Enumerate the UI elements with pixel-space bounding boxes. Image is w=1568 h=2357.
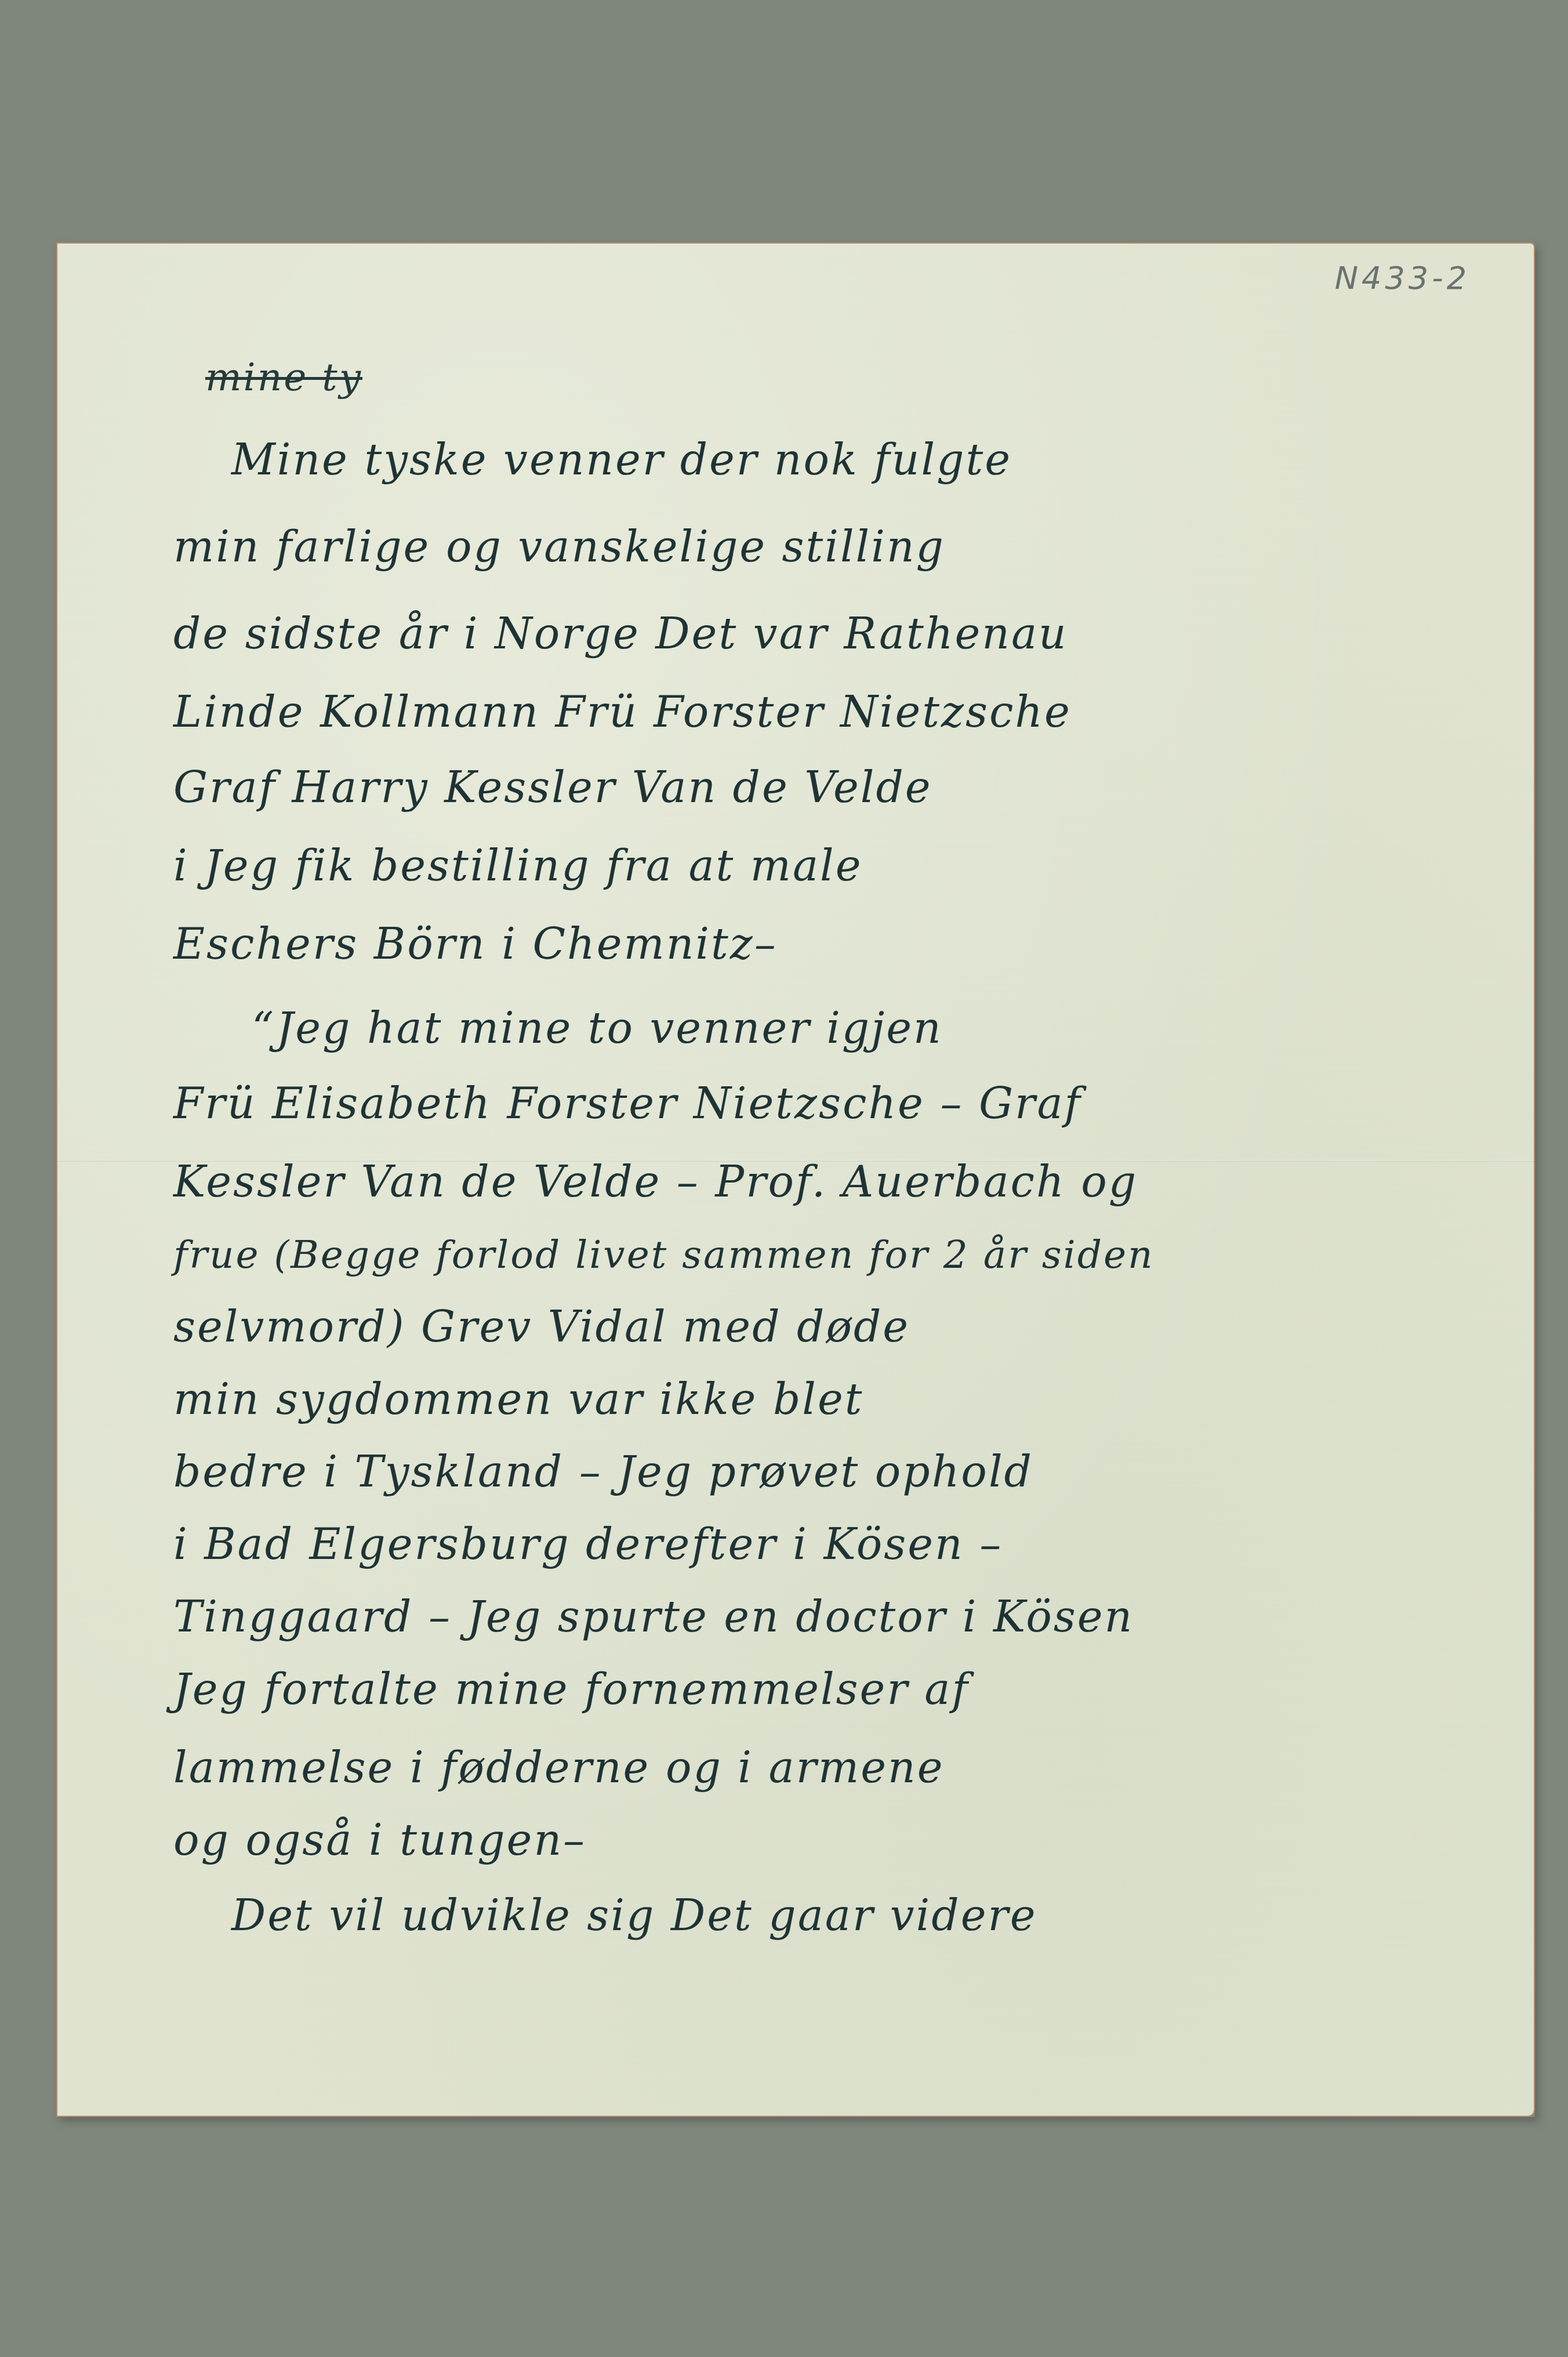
text-line-12: selvmord) Grev Vidal med døde <box>173 1302 910 1352</box>
text-line-11: frue (Begge forlod livet sammen for 2 år… <box>173 1232 1154 1277</box>
text-line-19: og også i tungen– <box>173 1815 586 1865</box>
letter-page: N433-2 mine ty Mine tyske venner der nok… <box>56 242 1535 2117</box>
text-line-15: i Bad Elgersburg derefter i Kösen – <box>173 1520 1003 1569</box>
archive-id-label: N433-2 <box>1335 260 1470 296</box>
text-line-10: Kessler Van de Velde – Prof. Auerbach og <box>173 1157 1138 1207</box>
text-line-6: i Jeg fik bestilling fra at male <box>173 841 863 891</box>
struck-out-text: mine ty <box>205 355 362 400</box>
text-line-2: min farlige og vanskelige stilling <box>173 522 945 572</box>
text-line-8: “Jeg hat mine to venner igjen <box>252 1003 943 1053</box>
text-line-16: Tinggaard – Jeg spurte en doctor i Kösen <box>173 1592 1134 1642</box>
text-line-14: bedre i Tyskland – Jeg prøvet ophold <box>173 1447 1033 1497</box>
text-line-1: Mine tyske venner der nok fulgte <box>231 435 1012 485</box>
text-line-9: Frü Elisabeth Forster Nietzsche – Graf <box>173 1079 1082 1129</box>
text-line-18: lammelse i fødderne og i armene <box>173 1743 944 1793</box>
text-line-7: Eschers Börn i Chemnitz– <box>173 919 778 969</box>
text-line-3: de sidste år i Norge Det var Rathenau <box>173 609 1068 659</box>
text-line-20: Det vil udvikle sig Det gaar videre <box>231 1891 1037 1941</box>
text-line-13: min sygdommen var ikke blet <box>173 1375 863 1424</box>
text-line-4: Linde Kollmann Frü Forster Nietzsche <box>173 687 1072 737</box>
text-line-17: Jeg fortalte mine fornemmelser af <box>173 1665 970 1714</box>
text-line-5: Graf Harry Kessler Van de Velde <box>173 763 932 813</box>
